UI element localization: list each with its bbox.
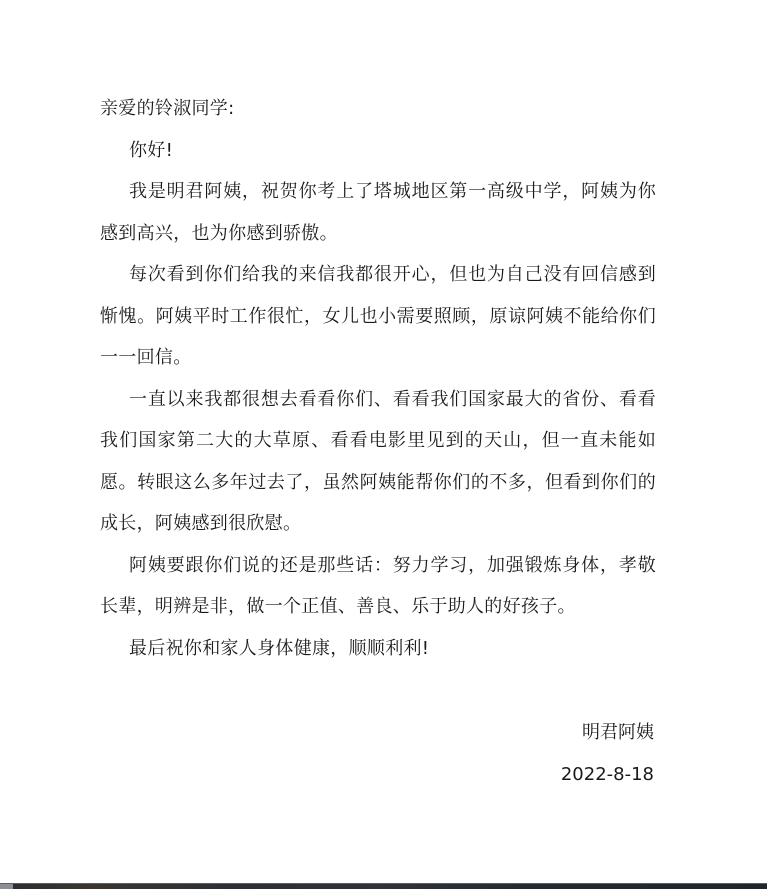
signature-block: 明君阿姨 2022-8-18 (561, 712, 654, 796)
letter-date: 2022-8-18 (561, 754, 654, 796)
document-page: 亲爱的铃淑同学: 你好! 我是明君阿姨，祝贺你考上了塔城地区第一高级中学，阿姨为… (0, 0, 767, 883)
closing-wishes: 最后祝你和家人身体健康，顺顺利利! (100, 628, 656, 670)
start-button-edge[interactable] (0, 884, 13, 889)
letter-body: 亲爱的铃淑同学: 你好! 我是明君阿姨，祝贺你考上了塔城地区第一高级中学，阿姨为… (100, 88, 656, 669)
paragraph-congratulations: 我是明君阿姨，祝贺你考上了塔城地区第一高级中学，阿姨为你感到高兴，也为你感到骄傲… (100, 171, 656, 254)
paragraph-apology: 每次看到你们给我的来信我都很开心，但也为自己没有回信感到惭愧。阿姨平时工作很忙，… (100, 254, 656, 379)
taskbar-edge (0, 883, 767, 889)
greeting: 你好! (100, 130, 656, 172)
paragraph-wish-to-visit: 一直以来我都很想去看看你们、看看我们国家最大的省份、看看我们国家第二大的大草原、… (100, 379, 656, 545)
signature: 明君阿姨 (561, 712, 654, 754)
salutation: 亲爱的铃淑同学: (100, 88, 656, 130)
paragraph-advice: 阿姨要跟你们说的还是那些话：努力学习，加强锻炼身体，孝敬长辈，明辨是非，做一个正… (100, 545, 656, 628)
